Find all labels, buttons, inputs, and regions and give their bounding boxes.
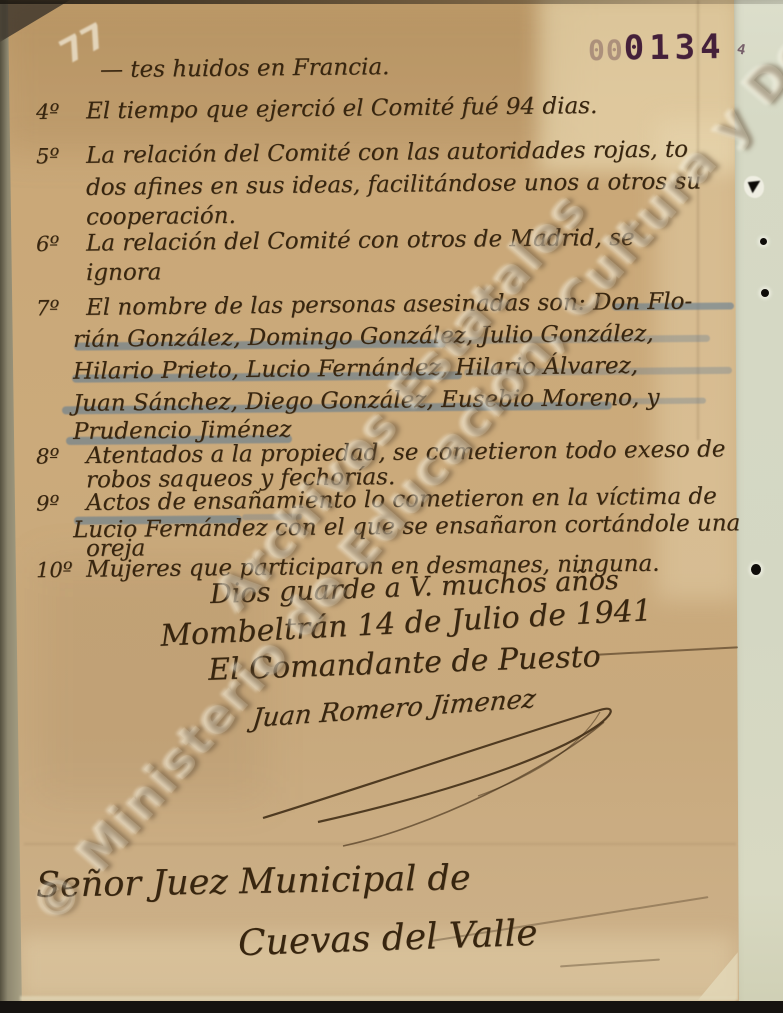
torn-flap xyxy=(747,180,761,194)
stamp-digits: 0134 xyxy=(624,27,726,68)
manuscript-line: — tes huidos en Francia. xyxy=(36,54,390,84)
torn-punch-hole xyxy=(744,176,764,198)
archive-number-stamp: 000134 xyxy=(588,27,726,68)
signature-rubric-flourish xyxy=(248,700,668,850)
stamp-faint-digits: 00 xyxy=(588,33,624,66)
punch-hole xyxy=(761,289,769,297)
scan-bottom-edge xyxy=(0,1001,783,1013)
punch-hole xyxy=(751,564,761,575)
manuscript-line: cooperación. xyxy=(36,203,236,231)
manuscript-line: ignora xyxy=(36,259,162,286)
document-scan: 77 000134 4 — tes huidos en Francia. 4ºE… xyxy=(0,0,783,1013)
addressee-line1: Señor Juez Municipal de xyxy=(36,858,471,906)
punch-hole xyxy=(760,238,767,245)
scan-top-edge xyxy=(0,0,783,4)
